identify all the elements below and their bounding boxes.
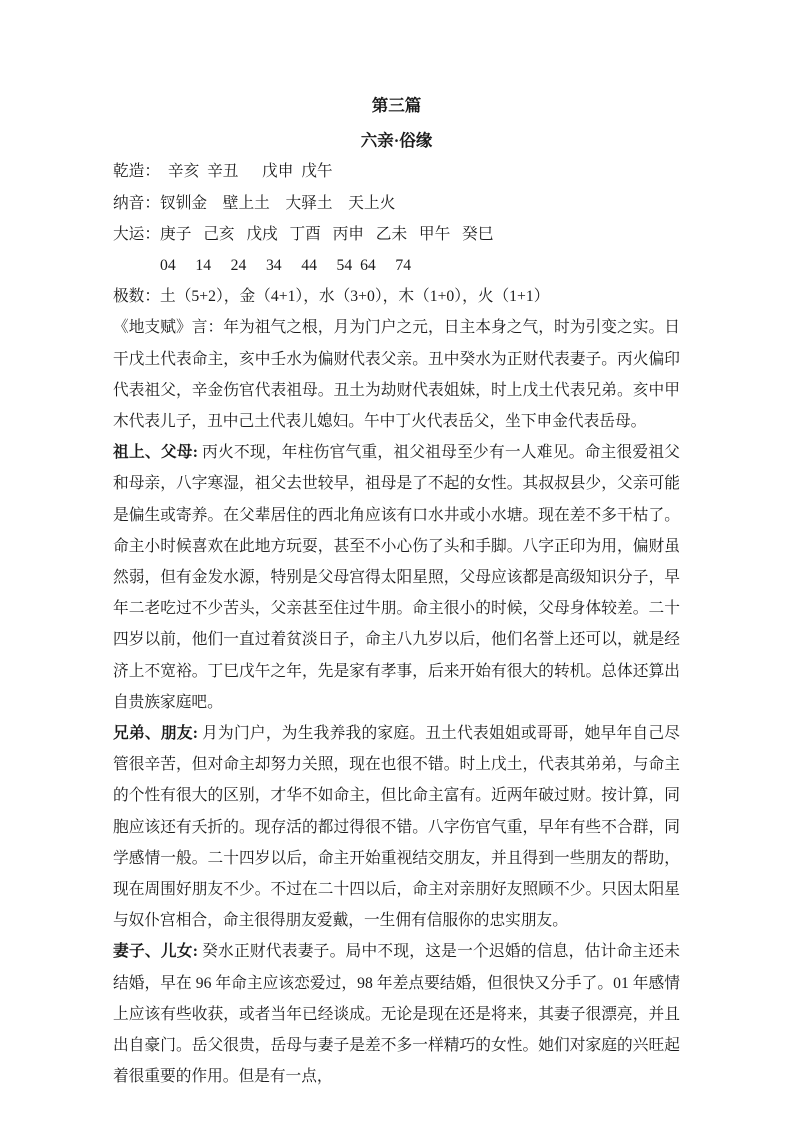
section-wife-children-text: 癸水正财代表妻子。局中不现，这是一个迟婚的信息，估计命主还未结婚，早在 96 年… [113, 943, 680, 1085]
section-siblings-friends-text: 月为门户，为生我养我的家庭。丑土代表姐姐或哥哥，她早年自己尽管很辛苦，但对命主却… [113, 725, 680, 929]
nayin-line: 纳音：钗钏金 壁上土 大驿土 天上火 [113, 188, 680, 219]
chapter-subtitle: 六亲·俗缘 [113, 125, 680, 156]
section-ancestors-parents: 祖上、父母: 丙火不现，年柱伤官气重，祖父祖母至少有一人难见。命主很爱祖父和母亲… [113, 437, 680, 718]
dayun-ages-line: 04 14 24 34 44 54 64 74 [113, 250, 680, 281]
section-ancestors-parents-label: 祖上、父母: [113, 444, 198, 461]
dayun-line: 大运：庚子 己亥 戊戌 丁酉 丙申 乙未 甲午 癸巳 [113, 219, 680, 250]
intro-paragraph: 《地支赋》言：年为祖气之根，月为门户之元，日主本身之气，时为引变之实。日干戊土代… [113, 312, 680, 437]
qianzao-line: 乾造： 辛亥 辛丑 戊申 戊午 [113, 156, 680, 187]
section-ancestors-parents-text: 丙火不现，年柱伤官气重，祖父祖母至少有一人难见。命主很爱祖父和母亲，八字寒湿，祖… [113, 444, 680, 711]
document-page: 第三篇 六亲·俗缘 乾造： 辛亥 辛丑 戊申 戊午 纳音：钗钏金 壁上土 大驿土… [0, 0, 793, 1122]
section-siblings-friends-label: 兄弟、朋友: [113, 725, 198, 742]
section-wife-children-label: 妻子、儿女: [113, 943, 198, 960]
section-wife-children: 妻子、儿女: 癸水正财代表妻子。局中不现，这是一个迟婚的信息，估计命主还未结婚，… [113, 936, 680, 1092]
page-content: 第三篇 六亲·俗缘 乾造： 辛亥 辛丑 戊申 戊午 纳音：钗钏金 壁上土 大驿土… [113, 90, 680, 1093]
jishu-line: 极数：土（5+2），金（4+1），水（3+0），木（1+0），火（1+1） [113, 281, 680, 312]
section-siblings-friends: 兄弟、朋友: 月为门户，为生我养我的家庭。丑土代表姐姐或哥哥，她早年自己尽管很辛… [113, 718, 680, 936]
chapter-title: 第三篇 [113, 90, 680, 121]
